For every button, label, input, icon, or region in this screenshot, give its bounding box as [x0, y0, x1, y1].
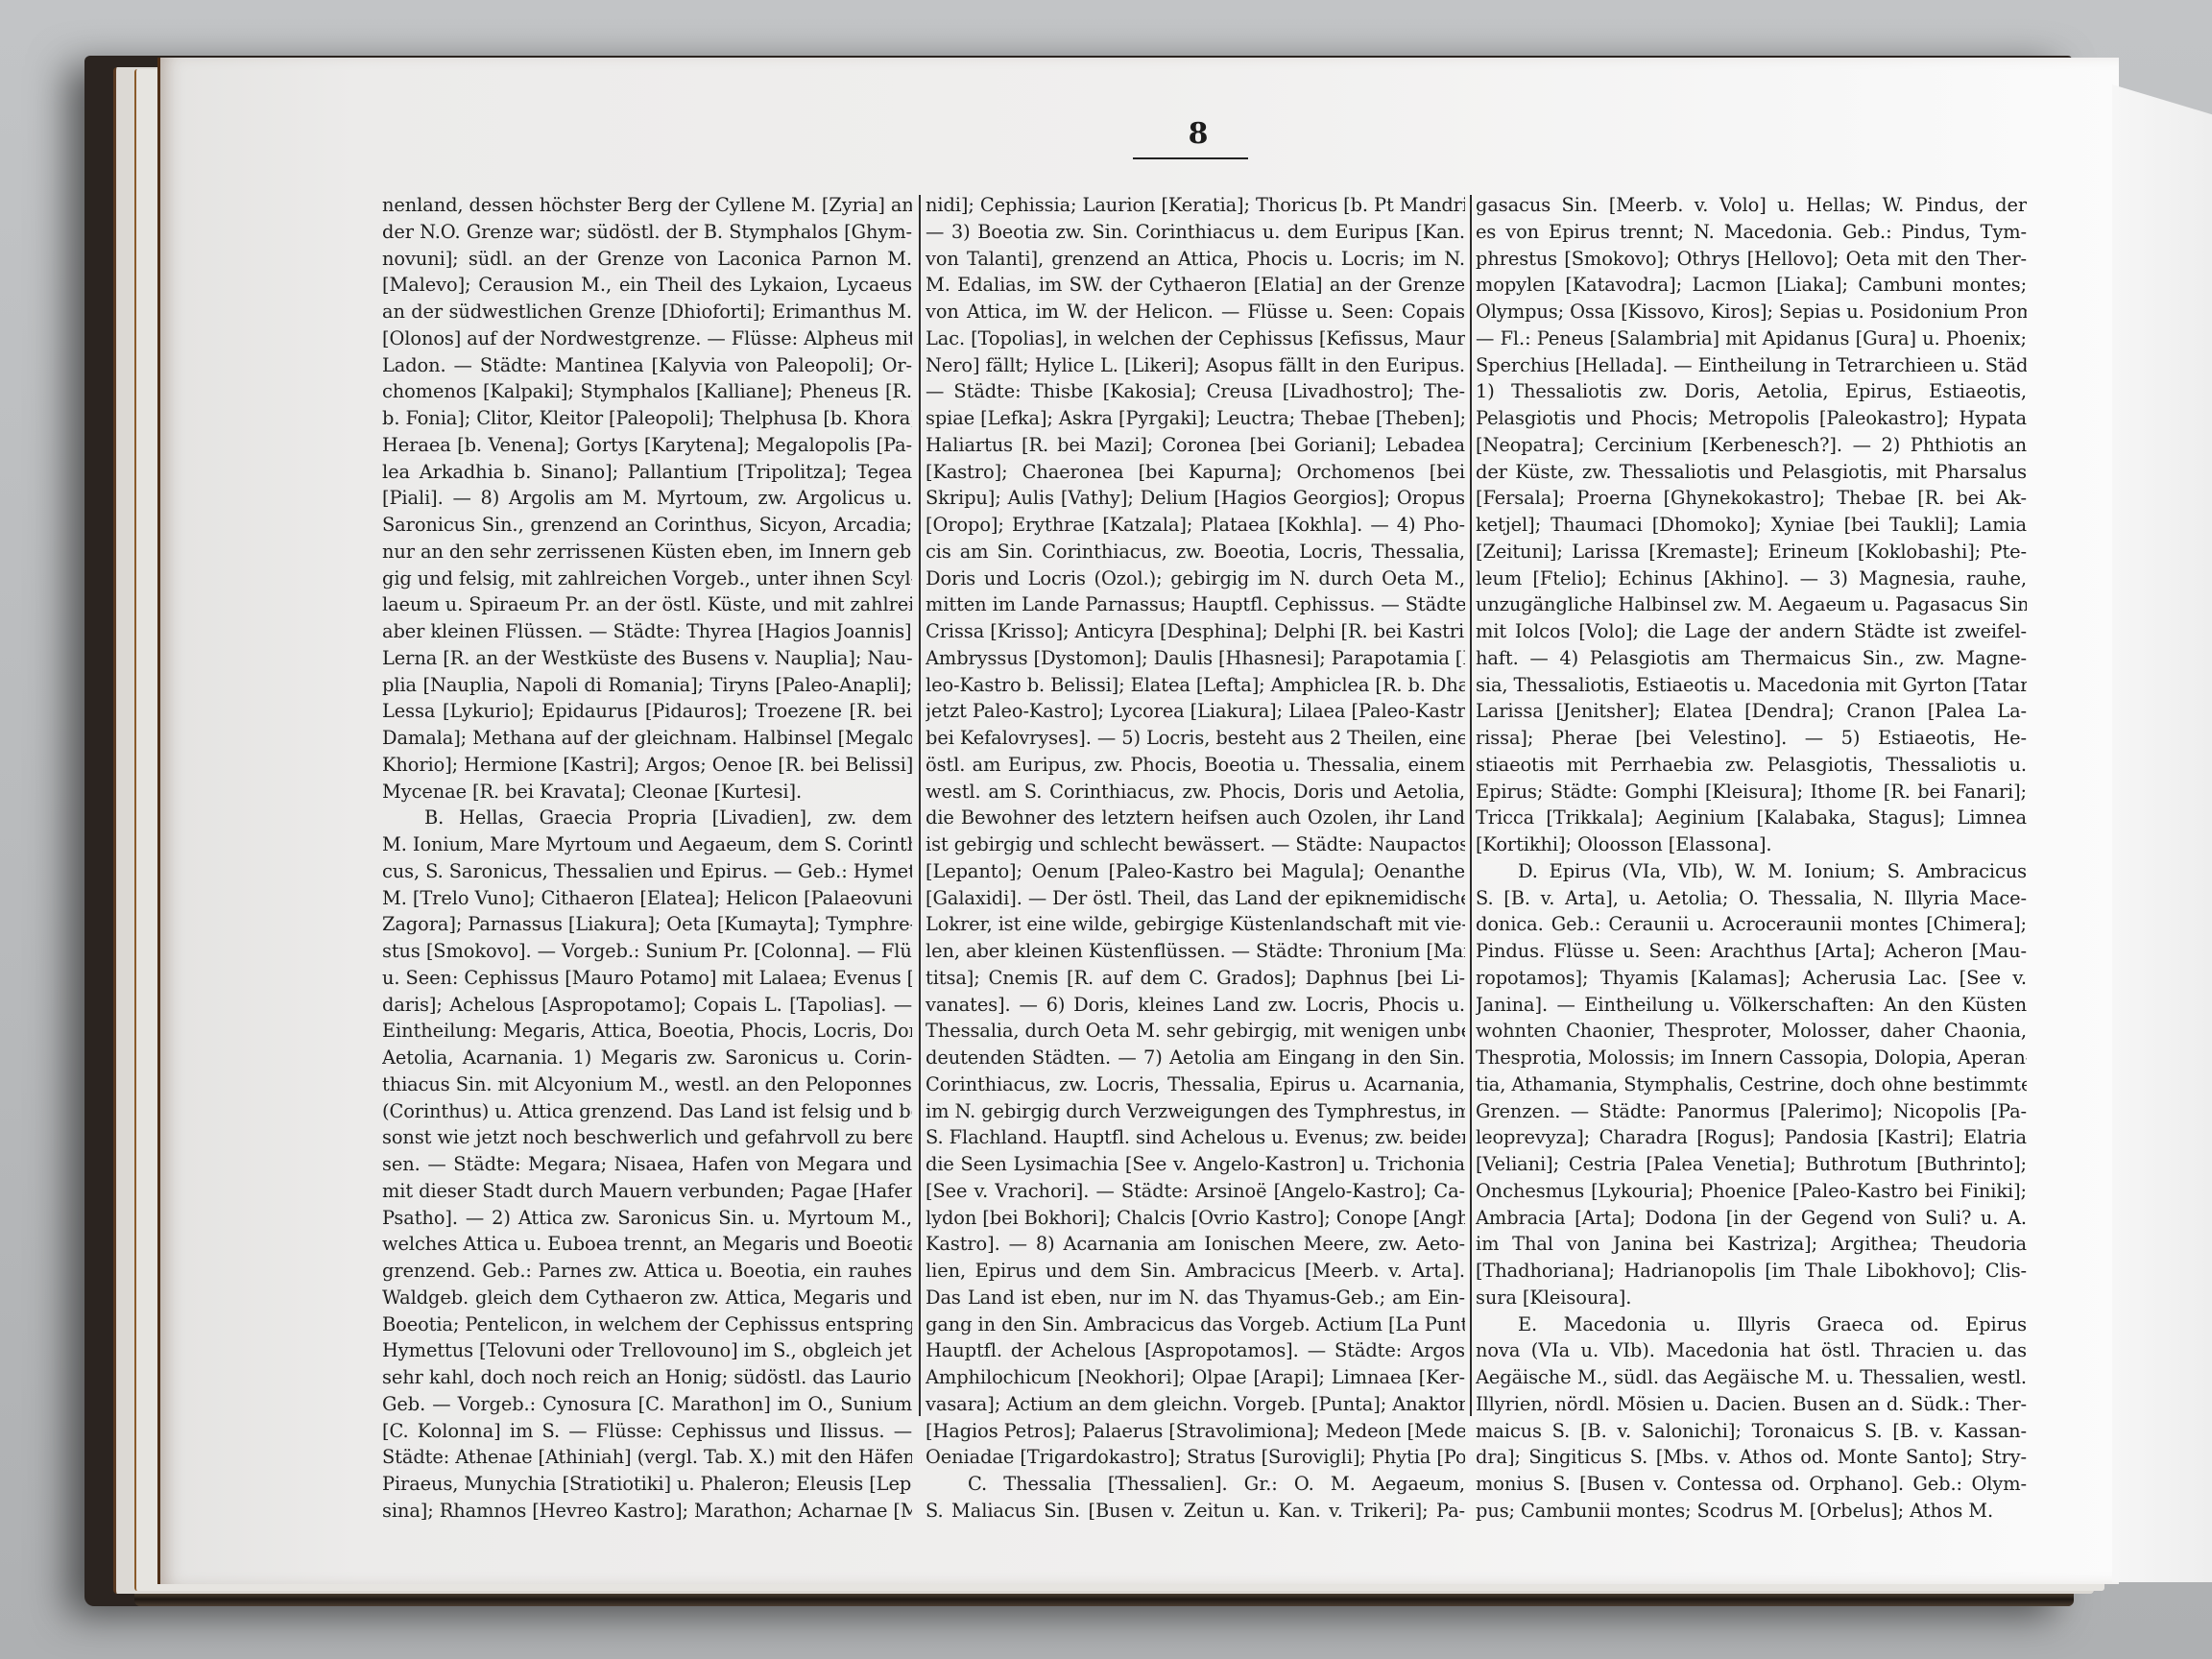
text-line: Haliartus [R. bei Mazi]; Coronea [bei Go…: [926, 432, 1465, 459]
text-line: rissa]; Pherae [bei Velestino]. — 5) Est…: [1476, 725, 2027, 752]
text-line: monius S. [Busen v. Contessa od. Orphano…: [1476, 1471, 2027, 1498]
text-line: [Malevo]; Cerausion M., ein Theil des Ly…: [382, 272, 912, 299]
text-line: Lessa [Lykurio]; Epidaurus [Pidauros]; T…: [382, 698, 912, 725]
text-line: [See v. Vrachori]. — Städte: Arsinoë [An…: [926, 1178, 1465, 1205]
text-line: stiaeotis mit Perrhaebia zw. Pelasgiotis…: [1476, 752, 2027, 779]
text-line: Sperchius [Hellada]. — Eintheilung in Te…: [1476, 352, 2027, 379]
text-line: Nero] fällt; Hylice L. [Likeri]; Asopus …: [926, 352, 1465, 379]
text-line: im Thal von Janina bei Kastriza]; Argith…: [1476, 1231, 2027, 1258]
text-line: Larissa [Jenitsher]; Elatea [Dendra]; Cr…: [1476, 698, 2027, 725]
text-line: [Zeituni]; Larissa [Kremaste]; Erineum […: [1476, 539, 2027, 565]
text-line: sina]; Rhamnos [Hevreo Kastro]; Marathon…: [382, 1498, 912, 1525]
text-line: Lac. [Topolias], in welchen der Cephissu…: [926, 325, 1465, 352]
text-line: Lokrer, ist eine wilde, gebirgige Küsten…: [926, 911, 1465, 938]
text-line: maicus S. [B. v. Salonichi]; Toronaicus …: [1476, 1418, 2027, 1445]
text-line: Piraeus, Munychia [Stratiotiki] u. Phale…: [382, 1471, 912, 1498]
text-line: [Kastro]; Chaeronea [bei Kapurna]; Orcho…: [926, 459, 1465, 486]
text-line: C. Thessalia [Thessalien]. Gr.: O. M. Ae…: [926, 1471, 1465, 1498]
text-line: cus, S. Saronicus, Thessalien und Epirus…: [382, 858, 912, 885]
text-line: [Lepanto]; Oenum [Paleo-Kastro bei Magul…: [926, 858, 1465, 885]
text-line: deutenden Städten. — 7) Aetolia am Einga…: [926, 1045, 1465, 1071]
text-line: Lerna [R. an der Westküste des Busens v.…: [382, 645, 912, 672]
text-line: donica. Geb.: Ceraunii u. Acroceraunii m…: [1476, 911, 2027, 938]
text-line: [Fersala]; Proerna [Ghynekokastro]; Theb…: [1476, 485, 2027, 512]
text-line: lydon [bei Bokhori]; Chalcis [Ovrio Kast…: [926, 1205, 1465, 1232]
text-line: von Attica, im W. der Helicon. — Flüsse …: [926, 299, 1465, 325]
text-line: sonst wie jetzt noch beschwerlich und ge…: [382, 1124, 912, 1151]
text-line: Janina]. — Eintheilung u. Völkerschaften…: [1476, 992, 2027, 1019]
text-line: — Städte: Thisbe [Kakosia]; Creusa [Liva…: [926, 378, 1465, 405]
text-line: lea Arkadhia b. Sinano]; Pallantium [Tri…: [382, 459, 912, 486]
text-line: Thessalia, durch Oeta M. sehr gebirgig, …: [926, 1018, 1465, 1045]
text-line: Skripu]; Aulis [Vathy]; Delium [Hagios G…: [926, 485, 1465, 512]
text-line: Onchesmus [Lykouria]; Phoenice [Paleo-Ka…: [1476, 1178, 2027, 1205]
text-column-2: nidi]; Cephissia; Laurion [Keratia]; Tho…: [926, 192, 1465, 1421]
text-line: [Hagios Petros]; Palaerus [Stravolimiona…: [926, 1418, 1465, 1445]
text-line: Boeotia; Pentelicon, in welchem der Ceph…: [382, 1311, 912, 1338]
text-line: Psatho]. — 2) Attica zw. Saronicus Sin. …: [382, 1205, 912, 1232]
text-line: thiacus Sin. mit Alcyonium M., westl. an…: [382, 1071, 912, 1098]
page-number: 8: [1169, 117, 1227, 151]
text-line: Damala]; Methana auf der gleichnam. Halb…: [382, 725, 912, 752]
text-line: Khorio]; Hermione [Kastri]; Argos; Oenoe…: [382, 752, 912, 779]
text-line: Geb. — Vorgeb.: Cynosura [C. Marathon] i…: [382, 1391, 912, 1418]
text-line: Grenzen. — Städte: Panormus [Palerimo]; …: [1476, 1098, 2027, 1125]
text-line: pus; Cambunii montes; Scodrus M. [Orbelu…: [1476, 1498, 2027, 1525]
text-line: S. [B. v. Arta], u. Aetolia; O. Thessali…: [1476, 885, 2027, 912]
text-line: Olympus; Ossa [Kissovo, Kiros]; Sepias u…: [1476, 299, 2027, 325]
text-line: vasara]; Actium an dem gleichn. Vorgeb. …: [926, 1391, 1465, 1418]
text-line: leo-Kastro b. Belissi]; Elatea [Lefta]; …: [926, 672, 1465, 699]
text-line: M. Ionium, Mare Myrtoum und Aegaeum, dem…: [382, 831, 912, 858]
text-line: Hymettus [Telovuni oder Trellovouno] im …: [382, 1337, 912, 1364]
text-line: — 3) Boeotia zw. Sin. Corinthiacus u. de…: [926, 219, 1465, 246]
text-line: Hauptfl. der Achelous [Aspropotamos]. — …: [926, 1337, 1465, 1364]
text-line: im N. gebirgig durch Verzweigungen des T…: [926, 1098, 1465, 1125]
text-line: die Seen Lysimachia [See v. Angelo-Kastr…: [926, 1151, 1465, 1178]
text-line: mitten im Lande Parnassus; Hauptfl. Ceph…: [926, 591, 1465, 618]
text-line: Tricca [Trikkala]; Aeginium [Kalabaka, S…: [1476, 805, 2027, 831]
text-line: Waldgeb. gleich dem Cythaeron zw. Attica…: [382, 1285, 912, 1311]
text-line: u. Seen: Cephissus [Mauro Potamo] mit La…: [382, 965, 912, 992]
text-line: [Olonos] auf der Nordwestgrenze. — Flüss…: [382, 325, 912, 352]
text-line: jetzt Paleo-Kastro]; Lycorea [Liakura]; …: [926, 698, 1465, 725]
text-line: wohnten Chaonier, Thesproter, Molosser, …: [1476, 1018, 2027, 1045]
text-line: titsa]; Cnemis [R. auf dem C. Grados]; D…: [926, 965, 1465, 992]
text-line: haft. — 4) Pelasgiotis am Thermaicus Sin…: [1476, 645, 2027, 672]
text-line: tia, Athamania, Stymphalis, Cestrine, do…: [1476, 1071, 2027, 1098]
column-divider-1: [919, 195, 921, 1416]
text-column-3: gasacus Sin. [Meerb. v. Volo] u. Hellas;…: [1476, 192, 2027, 1421]
text-line: westl. am S. Corinthiacus, zw. Phocis, D…: [926, 779, 1465, 805]
text-line: bei Kefalovryses]. — 5) Locris, besteht …: [926, 725, 1465, 752]
text-line: östl. am Euripus, zw. Phocis, Boeotia u.…: [926, 752, 1465, 779]
text-line: Doris und Locris (Ozol.); gebirgig im N.…: [926, 565, 1465, 592]
page-number-rule: [1133, 157, 1248, 159]
text-line: M. Edalias, im SW. der Cythaeron [Elatia…: [926, 272, 1465, 299]
text-line: Zagora]; Parnassus [Liakura]; Oeta [Kuma…: [382, 911, 912, 938]
column-divider-2: [1470, 195, 1472, 1416]
text-line: cis am Sin. Corinthiacus, zw. Boeotia, L…: [926, 539, 1465, 565]
text-line: Amphilochicum [Neokhori]; Olpae [Arapi];…: [926, 1364, 1465, 1391]
text-line: Saronicus Sin., grenzend an Corinthus, S…: [382, 512, 912, 539]
text-line: — Fl.: Peneus [Salambria] mit Apidanus […: [1476, 325, 2027, 352]
text-line: Mycenae [R. bei Kravata]; Cleonae [Kurte…: [382, 779, 912, 805]
text-line: sen. — Städte: Megara; Nisaea, Hafen von…: [382, 1151, 912, 1178]
facing-page-edge: [2112, 84, 2212, 1582]
text-line: S. Maliacus Sin. [Busen v. Zeitun u. Kan…: [926, 1498, 1465, 1525]
text-line: daris]; Achelous [Aspropotamo]; Copais L…: [382, 992, 912, 1019]
text-line: Ambracia [Arta]; Dodona [in der Gegend v…: [1476, 1205, 2027, 1232]
text-line: ketjel]; Thaumaci [Dhomoko]; Xyniae [bei…: [1476, 512, 2027, 539]
text-line: Ladon. — Städte: Mantinea [Kalyvia von P…: [382, 352, 912, 379]
text-line: Aegäische M., südl. das Aegäische M. u. …: [1476, 1364, 2027, 1391]
text-line: nur an den sehr zerrissenen Küsten eben,…: [382, 539, 912, 565]
text-line: M. [Trelo Vuno]; Cithaeron [Elatea]; Hel…: [382, 885, 912, 912]
text-line: stus [Smokovo]. — Vorgeb.: Sunium Pr. [C…: [382, 938, 912, 965]
text-line: B. Hellas, Graecia Propria [Livadien], z…: [382, 805, 912, 831]
text-line: chomenos [Kalpaki]; Stymphalos [Kalliane…: [382, 378, 912, 405]
text-line: von Talanti], grenzend an Attica, Phocis…: [926, 246, 1465, 273]
text-line: grenzend. Geb.: Parnes zw. Attica u. Boe…: [382, 1258, 912, 1285]
text-line: der Küste, zw. Thessaliotis und Pelasgio…: [1476, 459, 2027, 486]
text-line: leum [Ftelio]; Echinus [Akhino]. — 3) Ma…: [1476, 565, 2027, 592]
text-line: gig und felsig, mit zahlreichen Vorgeb.,…: [382, 565, 912, 592]
text-line: Aetolia, Acarnania. 1) Megaris zw. Saron…: [382, 1045, 912, 1071]
text-line: [Veliani]; Cestria [Palea Venetia]; Buth…: [1476, 1151, 2027, 1178]
text-line: novuni]; südl. an der Grenze von Laconic…: [382, 246, 912, 273]
text-line: vanates]. — 6) Doris, kleines Land zw. L…: [926, 992, 1465, 1019]
text-line: mit Iolcos [Volo]; die Lage der andern S…: [1476, 618, 2027, 645]
text-line: sehr kahl, doch noch reich an Honig; süd…: [382, 1364, 912, 1391]
text-line: nenland, dessen höchster Berg der Cyllen…: [382, 192, 912, 219]
text-column-1: nenland, dessen höchster Berg der Cyllen…: [382, 192, 912, 1421]
text-line: Eintheilung: Megaris, Attica, Boeotia, P…: [382, 1018, 912, 1045]
text-line: gasacus Sin. [Meerb. v. Volo] u. Hellas;…: [1476, 192, 2027, 219]
text-line: [Galaxidi]. — Der östl. Theil, das Land …: [926, 885, 1465, 912]
text-line: Oeniadae [Trigardokastro]; Stratus [Suro…: [926, 1444, 1465, 1471]
text-line: (Corinthus) u. Attica grenzend. Das Land…: [382, 1098, 912, 1125]
text-line: die Bewohner des letztern heifsen auch O…: [926, 805, 1465, 831]
text-line: ist gebirgig und schlecht bewässert. — S…: [926, 831, 1465, 858]
text-line: mit dieser Stadt durch Mauern verbunden;…: [382, 1178, 912, 1205]
text-line: 1) Thessaliotis zw. Doris, Aetolia, Epir…: [1476, 378, 2027, 405]
text-line: leoprevyza]; Charadra [Rogus]; Pandosia …: [1476, 1124, 2027, 1151]
text-line: [Thadhoriana]; Hadrianopolis [im Thale L…: [1476, 1258, 2027, 1285]
text-line: Heraea [b. Venena]; Gortys [Karytena]; M…: [382, 432, 912, 459]
text-line: mopylen [Katavodra]; Lacmon [Liaka]; Cam…: [1476, 272, 2027, 299]
text-line: dra]; Singiticus S. [Mbs. v. Athos od. M…: [1476, 1444, 2027, 1471]
text-line: plia [Nauplia, Napoli di Romania]; Tiryn…: [382, 672, 912, 699]
text-line: Pelasgiotis und Phocis; Metropolis [Pale…: [1476, 405, 2027, 432]
text-line: Epirus; Städte: Gomphi [Kleisura]; Ithom…: [1476, 779, 2027, 805]
text-line: sura [Kleisoura].: [1476, 1285, 2027, 1311]
text-line: lien, Epirus und dem Sin. Ambracicus [Me…: [926, 1258, 1465, 1285]
text-line: [Kortikhi]; Oloosson [Elassona].: [1476, 831, 2027, 858]
text-line: [Neopatra]; Cercinium [Kerbenesch?]. — 2…: [1476, 432, 2027, 459]
text-line: E. Macedonia u. Illyris Graeca od. Epiru…: [1476, 1311, 2027, 1338]
text-line: S. Flachland. Hauptfl. sind Achelous u. …: [926, 1124, 1465, 1151]
text-line: spiae [Lefka]; Askra [Pyrgaki]; Leuctra;…: [926, 405, 1465, 432]
text-line: phrestus [Smokovo]; Othrys [Hellovo]; Oe…: [1476, 246, 2027, 273]
text-line: [Piali]. — 8) Argolis am M. Myrtoum, zw.…: [382, 485, 912, 512]
text-line: unzugängliche Halbinsel zw. M. Aegaeum u…: [1476, 591, 2027, 618]
text-line: [C. Kolonna] im S. — Flüsse: Cephissus u…: [382, 1418, 912, 1445]
text-line: Städte: Athenae [Athiniah] (vergl. Tab. …: [382, 1444, 912, 1471]
text-line: [Oropo]; Erythrae [Katzala]; Plataea [Ko…: [926, 512, 1465, 539]
text-line: len, aber kleinen Küstenflüssen. — Städt…: [926, 938, 1465, 965]
text-line: Crissa [Krisso]; Anticyra [Desphina]; De…: [926, 618, 1465, 645]
text-line: an der südwestlichen Grenze [Dhioforti];…: [382, 299, 912, 325]
text-line: Pindus. Flüsse u. Seen: Arachthus [Arta]…: [1476, 938, 2027, 965]
text-line: sia, Thessaliotis, Estiaeotis u. Macedon…: [1476, 672, 2027, 699]
text-line: aber kleinen Flüssen. — Städte: Thyrea […: [382, 618, 912, 645]
text-line: Das Land ist eben, nur im N. das Thyamus…: [926, 1285, 1465, 1311]
text-line: Corinthiacus, zw. Locris, Thessalia, Epi…: [926, 1071, 1465, 1098]
text-line: Ambryssus [Dystomon]; Daulis [Hhasnesi];…: [926, 645, 1465, 672]
text-line: nova (VIa u. VIb). Macedonia hat östl. T…: [1476, 1337, 2027, 1364]
text-line: welches Attica u. Euboea trennt, an Mega…: [382, 1231, 912, 1258]
text-line: Illyrien, nördl. Mösien u. Dacien. Busen…: [1476, 1391, 2027, 1418]
text-line: ropotamos]; Thyamis [Kalamas]; Acherusia…: [1476, 965, 2027, 992]
text-line: nidi]; Cephissia; Laurion [Keratia]; Tho…: [926, 192, 1465, 219]
text-line: D. Epirus (VIa, VIb), W. M. Ionium; S. A…: [1476, 858, 2027, 885]
text-line: Thesprotia, Molossis; im Innern Cassopia…: [1476, 1045, 2027, 1071]
text-line: b. Fonia]; Clitor, Kleitor [Paleopoli]; …: [382, 405, 912, 432]
text-line: es von Epirus trennt; N. Macedonia. Geb.…: [1476, 219, 2027, 246]
text-line: laeum u. Spiraeum Pr. an der östl. Küste…: [382, 591, 912, 618]
text-line: der N.O. Grenze war; südöstl. der B. Sty…: [382, 219, 912, 246]
text-line: Kastro]. — 8) Acarnania am Ionischen Mee…: [926, 1231, 1465, 1258]
text-line: gang in den Sin. Ambracicus das Vorgeb. …: [926, 1311, 1465, 1338]
